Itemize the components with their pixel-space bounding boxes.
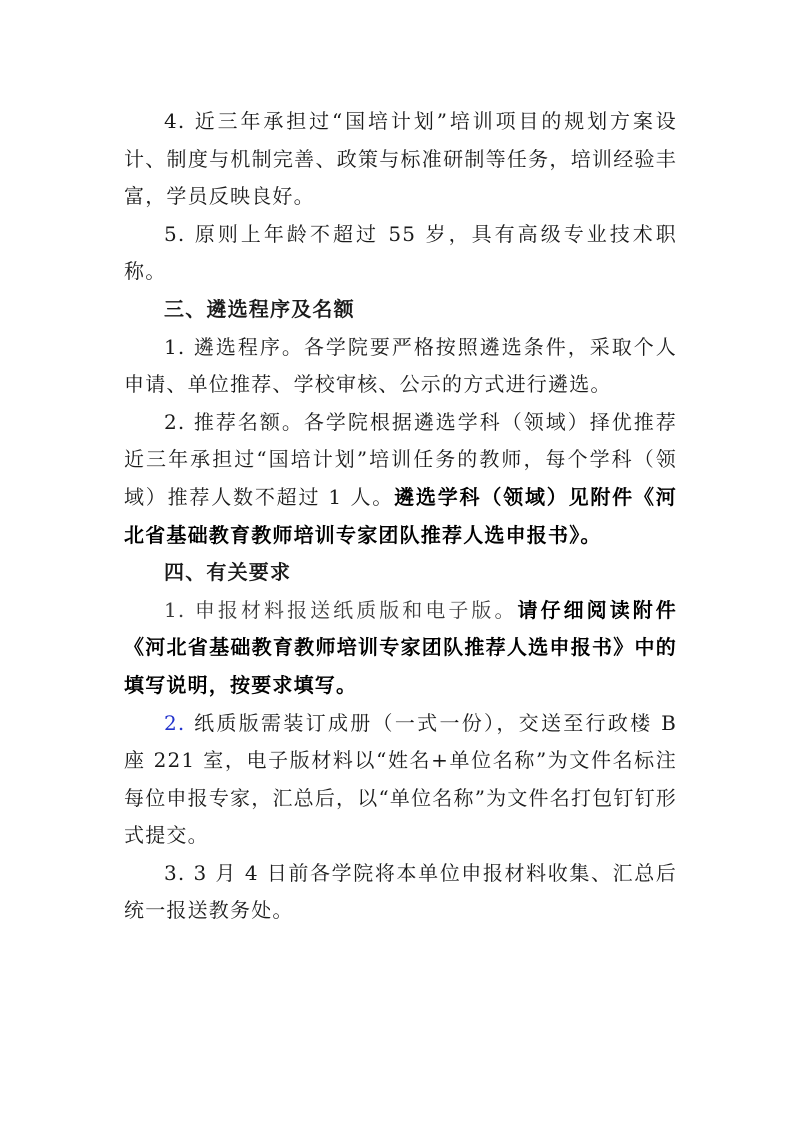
criterion-4-text: 4. 近三年承担过“国培计划”培训项目的规划方案设计、制度与机制完善、政策与标准… [124,109,677,208]
requirement-item-1: 1. 申报材料报送纸质版和电子版。请仔细阅读附件《河北省基础教育教师培训专家团队… [124,592,677,705]
section-heading-3: 三、遴选程序及名额 [124,291,677,329]
procedure-item-1-text: 1. 遴选程序。各学院要严格按照遴选条件，采取个人申请、单位推荐、学校审核、公示… [124,335,677,397]
requirement-item-1-text: 1. 申报材料报送纸质版和电子版。 [164,598,518,622]
section-heading-4: 四、有关要求 [124,554,677,592]
section-heading-3-text: 三、遴选程序及名额 [164,297,355,321]
criterion-5: 5. 原则上年龄不超过 55 岁，具有高级专业技术职称。 [124,216,677,291]
requirement-item-3: 3. 3 月 4 日前各学院将本单位申报材料收集、汇总后统一报送教务处。 [124,855,677,930]
procedure-item-2: 2. 推荐名额。各学院根据遴选学科（领域）择优推荐近三年承担过“国培计划”培训任… [124,404,677,554]
section-heading-4-text: 四、有关要求 [164,560,291,584]
requirement-item-2: 2. 纸质版需装订成册（一式一份），交送至行政楼 B 座 221 室，电子版材料… [124,705,677,855]
requirement-item-3-text: 3. 3 月 4 日前各学院将本单位申报材料收集、汇总后统一报送教务处。 [124,861,677,923]
criterion-5-text: 5. 原则上年龄不超过 55 岁，具有高级专业技术职称。 [124,222,677,284]
procedure-item-1: 1. 遴选程序。各学院要严格按照遴选条件，采取个人申请、单位推荐、学校审核、公示… [124,329,677,404]
document-page: 4. 近三年承担过“国培计划”培训项目的规划方案设计、制度与机制完善、政策与标准… [124,103,677,930]
criterion-4: 4. 近三年承担过“国培计划”培训项目的规划方案设计、制度与机制完善、政策与标准… [124,103,677,216]
requirement-item-2-text: 纸质版需装订成册（一式一份），交送至行政楼 B 座 221 室，电子版材料以“姓… [124,711,677,848]
requirement-item-2-number: 2. [164,711,185,735]
